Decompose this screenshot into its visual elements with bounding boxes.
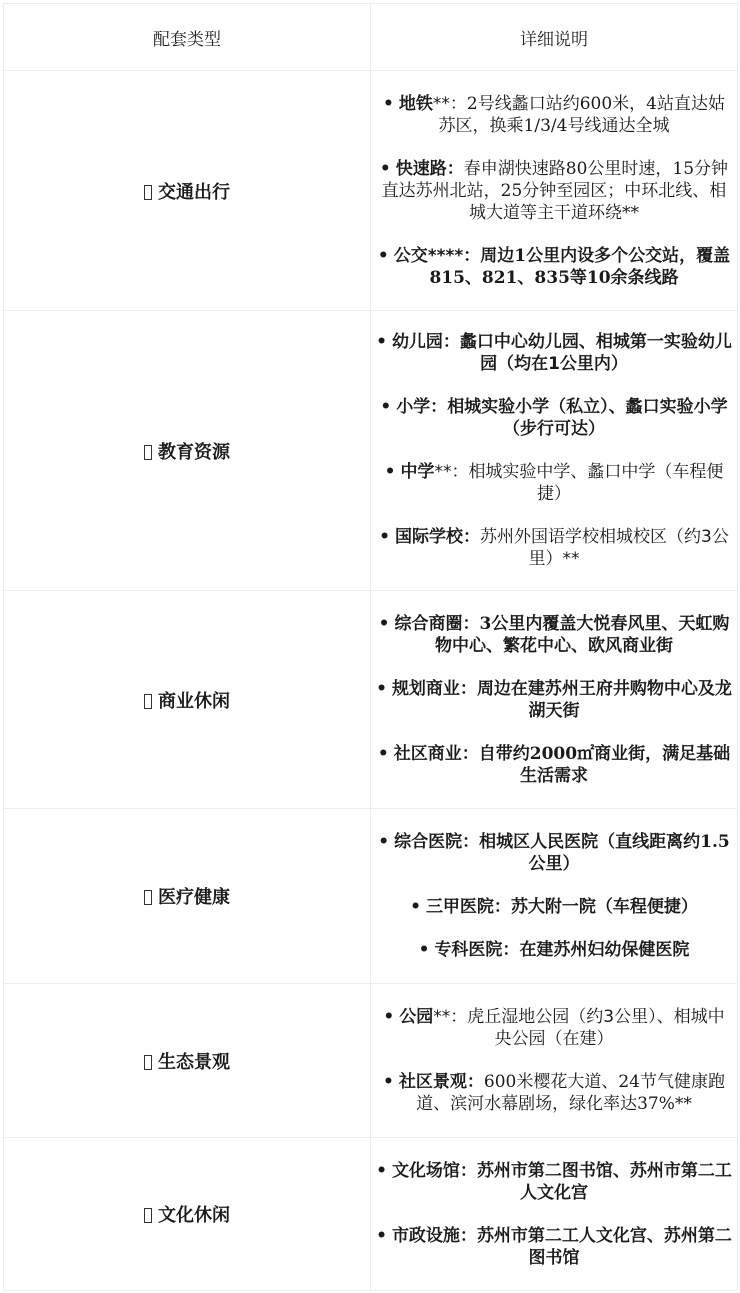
bullet-icon: • [376, 331, 387, 353]
list-item: •社区景观：600米樱花大道、24节气健康跑道、滨河水幕剧场，绿化率达37%** [375, 1071, 733, 1115]
list-item: •地铁**：2号线蠡口站约600米，4站直达姑苏区，换乘1/3/4号线通达全城 [375, 93, 733, 137]
item-sep: **： [433, 94, 467, 114]
item-text: 2号线蠡口站约600米，4站直达姑苏区，换乘1/3/4号线通达全城 [439, 94, 725, 136]
item-label: 快速路： [396, 159, 464, 179]
item-label: 国际学校： [395, 527, 480, 547]
bullet-icon: • [380, 396, 391, 418]
bullet-icon: • [378, 831, 389, 853]
list-item: •国际学校：苏州外国语学校相城校区（约3公里）** [375, 526, 733, 570]
item-label: 专科医院： [434, 940, 519, 960]
bullet-icon: • [379, 526, 390, 548]
item-sep: **： [434, 462, 468, 482]
table-row-commerce: 商业休闲 •综合商圈：3公里内覆盖大悦春风里、天虹购物中心、繁花中心、欧风商业街… [4, 591, 738, 809]
list-item: •公交****：周边1公里内设多个公交站，覆盖815、821、835等10余条线… [375, 245, 733, 289]
list-item: •快速路：春申湖快速路80公里时速，15分钟直达苏州北站，25分钟至园区；中环北… [375, 158, 733, 224]
category-cell: 教育资源 [4, 311, 371, 591]
item-text: 自带约2000㎡商业街，满足基础生活需求 [479, 744, 730, 786]
bullet-icon: • [383, 93, 394, 115]
list-item: •综合商圈：3公里内覆盖大悦春风里、天虹购物中心、繁花中心、欧风商业街 [375, 613, 733, 657]
bullet-icon: • [419, 939, 430, 961]
category-cell: 文化休闲 [4, 1138, 371, 1291]
category-label: 生态景观 [158, 1052, 230, 1073]
category-label: 文化休闲 [158, 1205, 230, 1226]
item-text: 相城实验中学、蠡口中学（车程便捷） [468, 462, 723, 504]
details-cell: •综合商圈：3公里内覆盖大悦春风里、天虹购物中心、繁花中心、欧风商业街 •规划商… [371, 591, 738, 809]
item-text: 相城实验小学（私立）、蠡口实验小学（步行可达） [447, 397, 728, 439]
details-cell: •文化场馆：苏州市第二图书馆、苏州市第二工人文化宫 •市政设施：苏州市第二工人文… [371, 1138, 738, 1291]
bullet-icon: • [376, 678, 387, 700]
item-label: 三甲医院： [426, 897, 511, 917]
list-item: •社区商业：自带约2000㎡商业街，满足基础生活需求 [375, 743, 733, 787]
table-row-transport: 交通出行 •地铁**：2号线蠡口站约600米，4站直达姑苏区，换乘1/3/4号线… [4, 71, 738, 311]
missing-glyph-icon [144, 1055, 152, 1070]
item-text: 苏州市第二图书馆、苏州市第二工人文化宫 [477, 1161, 732, 1203]
item-text: 虎丘湿地公园（约3公里）、相城中央公园（在建） [467, 1007, 724, 1049]
bullet-icon: • [383, 1006, 394, 1028]
missing-glyph-icon [144, 1208, 152, 1223]
item-text: 蠡口中心幼儿园、相城第一实验幼儿园（均在1公里内） [460, 332, 732, 374]
item-label: 地铁 [399, 94, 433, 114]
item-label: 小学： [396, 397, 447, 417]
header-details: 详细说明 [371, 4, 738, 71]
category-cell: 医疗健康 [4, 809, 371, 984]
missing-glyph-icon [144, 445, 152, 460]
bullet-icon: • [380, 158, 391, 180]
category-label: 商业休闲 [158, 691, 230, 712]
bullet-icon: • [379, 613, 390, 635]
list-item: •幼儿园：蠡口中心幼儿园、相城第一实验幼儿园（均在1公里内） [375, 331, 733, 375]
category-label: 交通出行 [158, 182, 230, 203]
item-text: 苏大附一院（车程便捷） [511, 897, 698, 917]
bullet-icon: • [378, 245, 389, 267]
item-label: 公园 [399, 1007, 433, 1027]
amenities-table: 配套类型 详细说明 交通出行 •地铁**：2号线蠡口站约600米，4站直达姑苏区… [3, 3, 738, 1291]
list-item: •专科医院：在建苏州妇幼保健医院 [375, 939, 733, 961]
category-label: 医疗健康 [158, 887, 230, 908]
category-cell: 生态景观 [4, 984, 371, 1138]
bullet-icon: • [378, 743, 389, 765]
list-item: •市政设施：苏州市第二工人文化宫、苏州第二图书馆 [375, 1225, 733, 1269]
header-category-type: 配套类型 [4, 4, 371, 71]
item-label: 综合医院： [394, 832, 479, 852]
missing-glyph-icon [144, 185, 152, 200]
missing-glyph-icon [144, 694, 152, 709]
item-sep: **： [433, 1007, 467, 1027]
table-row-healthcare: 医疗健康 •综合医院：相城区人民医院（直线距离约1.5公里） •三甲医院：苏大附… [4, 809, 738, 984]
list-item: •文化场馆：苏州市第二图书馆、苏州市第二工人文化宫 [375, 1160, 733, 1204]
bullet-icon: • [410, 896, 421, 918]
item-label: 市政设施： [392, 1226, 477, 1246]
list-item: •综合医院：相城区人民医院（直线距离约1.5公里） [375, 831, 733, 875]
list-item: •三甲医院：苏大附一院（车程便捷） [375, 896, 733, 918]
bullet-icon: • [383, 1071, 394, 1093]
item-label: 社区商业： [394, 744, 479, 764]
item-label: 公交****： [394, 246, 481, 266]
bullet-icon: • [385, 461, 396, 483]
list-item: •公园**：虎丘湿地公园（约3公里）、相城中央公园（在建） [375, 1006, 733, 1050]
item-text: 苏州市第二工人文化宫、苏州第二图书馆 [477, 1226, 732, 1268]
category-cell: 交通出行 [4, 71, 371, 311]
details-cell: •地铁**：2号线蠡口站约600米，4站直达姑苏区，换乘1/3/4号线通达全城 … [371, 71, 738, 311]
bullet-icon: • [376, 1160, 387, 1182]
category-cell: 商业休闲 [4, 591, 371, 809]
bullet-icon: • [376, 1225, 387, 1247]
table-row-culture: 文化休闲 •文化场馆：苏州市第二图书馆、苏州市第二工人文化宫 •市政设施：苏州市… [4, 1138, 738, 1291]
table-header-row: 配套类型 详细说明 [4, 4, 738, 71]
category-label: 教育资源 [158, 442, 230, 463]
item-text: 苏州外国语学校相城校区（约3公里）** [480, 527, 729, 569]
details-cell: •幼儿园：蠡口中心幼儿园、相城第一实验幼儿园（均在1公里内） •小学：相城实验小… [371, 311, 738, 591]
details-cell: •公园**：虎丘湿地公园（约3公里）、相城中央公园（在建） •社区景观：600米… [371, 984, 738, 1138]
item-text: 3公里内覆盖大悦春风里、天虹购物中心、繁花中心、欧风商业街 [435, 614, 729, 656]
item-label: 综合商圈： [395, 614, 480, 634]
item-label: 幼儿园： [392, 332, 460, 352]
list-item: •小学：相城实验小学（私立）、蠡口实验小学（步行可达） [375, 396, 733, 440]
item-label: 社区景观： [399, 1072, 484, 1092]
item-label: 中学 [400, 462, 434, 482]
item-label: 规划商业： [392, 679, 477, 699]
missing-glyph-icon [144, 890, 152, 905]
item-text: 在建苏州妇幼保健医院 [519, 940, 689, 960]
table-row-education: 教育资源 •幼儿园：蠡口中心幼儿园、相城第一实验幼儿园（均在1公里内） •小学：… [4, 311, 738, 591]
list-item: •中学**：相城实验中学、蠡口中学（车程便捷） [375, 461, 733, 505]
table-row-ecology: 生态景观 •公园**：虎丘湿地公园（约3公里）、相城中央公园（在建） •社区景观… [4, 984, 738, 1138]
item-text: 周边在建苏州王府井购物中心及龙湖天街 [477, 679, 732, 721]
item-text: 相城区人民医院（直线距离约1.5公里） [479, 832, 730, 874]
details-cell: •综合医院：相城区人民医院（直线距离约1.5公里） •三甲医院：苏大附一院（车程… [371, 809, 738, 984]
item-label: 文化场馆： [392, 1161, 477, 1181]
list-item: •规划商业：周边在建苏州王府井购物中心及龙湖天街 [375, 678, 733, 722]
